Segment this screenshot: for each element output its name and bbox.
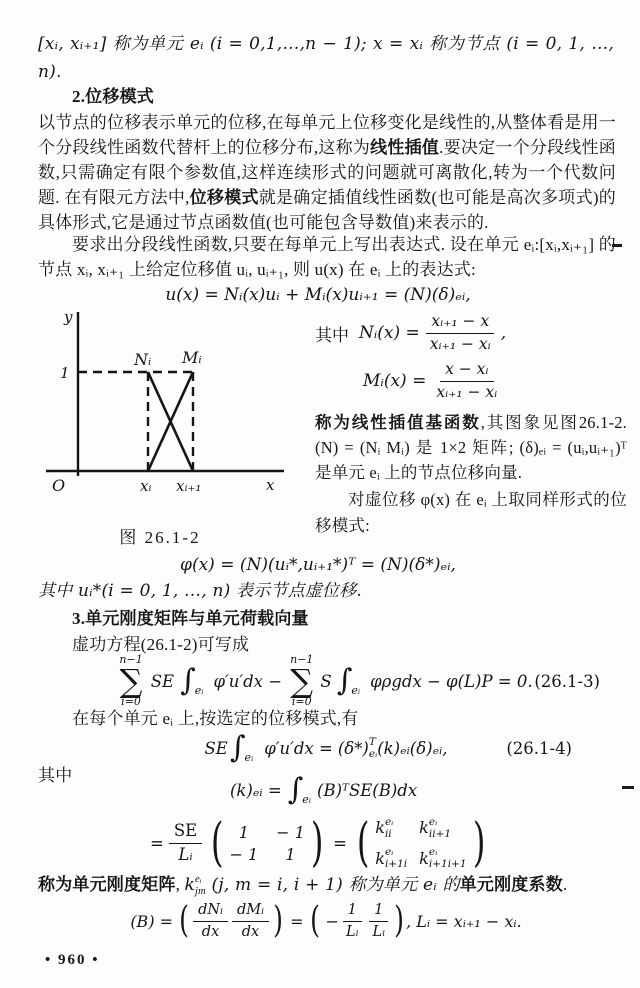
- lhs-integrand: φ′u′dx =: [264, 739, 333, 758]
- matrix-cell-k22: keᵢi+1i+1: [419, 846, 466, 870]
- S-term: S: [320, 672, 331, 691]
- SE-over-Li-fraction: SE Lᵢ: [169, 821, 202, 865]
- paragraph-virtual-displacement: 对虚位移 φ(x) 在 eᵢ 上取同样形式的位移模式:: [315, 487, 627, 539]
- equals: =: [150, 834, 164, 853]
- bold-term-stiffness-matrix: 称为单元刚度矩阵: [38, 875, 176, 894]
- fraction-numerator: SE: [169, 821, 202, 844]
- Ni-lhs: Nᵢ(x) =: [359, 323, 420, 343]
- integral-2: ∫ eᵢ: [337, 666, 364, 696]
- k-sup: eᵢ: [195, 874, 206, 886]
- one-over-Li-fraction-2: 1 Lᵢ: [367, 901, 390, 940]
- delta-star: (δ*): [338, 739, 369, 758]
- matrix-cell: 1: [276, 845, 305, 864]
- equation-tag: (26.1-4): [506, 739, 572, 758]
- matrix-cell-k12: keᵢii+1: [419, 816, 466, 840]
- integral: ∫ eᵢ: [288, 775, 315, 805]
- k-sup: eᵢ: [385, 816, 393, 828]
- delta-supsub: T eᵢ: [369, 736, 377, 760]
- paragraph-basis-functions: 称为线性插值基函数,其图象见图26.1-2. (N) = (Nᵢ Mᵢ) 是 1…: [315, 410, 627, 485]
- left-paren: (: [311, 905, 321, 937]
- fraction-numerator: 1: [343, 901, 362, 921]
- integral-icon: ∫: [230, 733, 246, 763]
- dNi-dx-fraction: dNᵢ dx: [193, 901, 228, 940]
- tick-label-1: 1: [60, 364, 70, 382]
- y-axis-label: y: [63, 308, 73, 326]
- minus-sign: −: [326, 912, 339, 931]
- integrand-2: φρgdx − φ(L)P = 0.: [370, 672, 533, 691]
- comma: ,: [501, 323, 506, 343]
- equation-ux: u(x) = Nᵢ(x)uᵢ + Mᵢ(x)uᵢ₊₁ = (N)(δ)ₑᵢ,: [38, 282, 598, 308]
- Ni-fraction: xᵢ₊₁ − x xᵢ₊₁ − xᵢ: [425, 312, 496, 354]
- fraction-numerator: dNᵢ: [193, 901, 228, 921]
- integral-subscript: eᵢ: [195, 684, 204, 697]
- right-paren: ): [472, 821, 485, 865]
- right-paren: ): [273, 905, 283, 937]
- fraction-denominator: Lᵢ: [367, 922, 390, 941]
- paragraph-text: [xᵢ, xᵢ₊₁] 称为单元 eᵢ (i = 0,1,…,n − 1); x …: [38, 34, 614, 82]
- sum-icon: ∑: [120, 666, 143, 696]
- left-paren: (: [211, 821, 224, 865]
- right-paren: ): [311, 821, 324, 865]
- integral: ∫ eᵢ: [230, 733, 257, 763]
- matrix-cell: − 1: [276, 823, 305, 842]
- xi-label: xᵢ: [140, 477, 151, 495]
- paragraph-expression-setup: 要求出分段线性函数,只要在每单元上写出表达式. 设在单元 eᵢ:[xᵢ,xᵢ₊₁…: [38, 232, 616, 282]
- k-base: k: [375, 849, 385, 868]
- right-column: 其中 Nᵢ(x) = xᵢ₊₁ − x xᵢ₊₁ − xᵢ , Mᵢ(x) = …: [315, 312, 627, 539]
- Ni-denominator: xᵢ₊₁ − xᵢ: [425, 334, 496, 354]
- equals: =: [290, 912, 303, 931]
- qizhong-label-2: 其中: [38, 763, 98, 788]
- superscript-T: T: [369, 736, 377, 748]
- k-sub: jm: [195, 886, 206, 898]
- section-heading-stiffness-matrix: 3.单元刚度矩阵与单元荷载向量: [72, 606, 472, 631]
- k-sub: i+1i+1: [429, 858, 467, 870]
- xi1-label: xᵢ₊₁: [176, 477, 201, 495]
- origin-label: O: [52, 476, 65, 495]
- dMi-dx-fraction: dMᵢ dx: [232, 901, 269, 940]
- paragraph-stiffness-coefficient: 称为单元刚度矩阵, keᵢjm (j, m = i, i + 1) 称为单元 e…: [38, 872, 616, 898]
- SE-term: SE: [204, 739, 227, 758]
- fraction-denominator: Lᵢ: [341, 922, 364, 941]
- formula-Ni: 其中 Nᵢ(x) = xᵢ₊₁ − x xᵢ₊₁ − xᵢ ,: [315, 312, 627, 354]
- integral-subscript: eᵢ: [302, 793, 311, 806]
- fraction-denominator: dx: [237, 922, 264, 941]
- matrix-cell: 1: [229, 823, 258, 842]
- equation-k-integral: (k)ₑᵢ = ∫ eᵢ (B)ᵀSE(B)dx: [230, 770, 490, 810]
- figure-plot: y 1 Nᵢ Mᵢ O xᵢ xᵢ₊₁ x: [40, 308, 310, 508]
- integral-1: ∫ eᵢ: [180, 666, 207, 696]
- matrix-cell-k21: keᵢi+1i: [375, 846, 407, 870]
- equation-tag: (26.1-3): [534, 672, 600, 691]
- x-axis-end-label: x: [266, 476, 275, 494]
- section-heading-displacement-mode: 2.位移模式: [72, 84, 372, 109]
- fraction-denominator: dx: [197, 922, 224, 941]
- sum-icon: ∑: [290, 666, 313, 696]
- equation-B-matrix: (B) = ( dNᵢ dx dMᵢ dx ) = ( − 1 Lᵢ 1 Lᵢ …: [38, 898, 614, 944]
- Mi-lhs: Mᵢ(x) =: [363, 371, 426, 391]
- paragraph-text: 其中 uᵢ*(i = 0, 1, …, n) 表示节点虚位移.: [38, 581, 362, 601]
- paragraph-displacement-description: 以节点的位移表示单元的位移,在每单元上位移变化是线性的,从整体看是用一个分段线性…: [38, 110, 616, 235]
- paragraph-segment: ,: [176, 875, 185, 894]
- equation-phi: φ(x) = (N)(uᵢ*,uᵢ₊₁*)ᵀ = (N)(δ*)ₑᵢ,: [38, 552, 598, 578]
- summation-1: n−1 ∑ i=0: [119, 654, 142, 709]
- scanned-textbook-page: [xᵢ, xᵢ₊₁] 称为单元 eᵢ (i = 0,1,…,n − 1); x …: [0, 0, 640, 988]
- k-sup: eᵢ: [429, 816, 451, 828]
- integral-subscript: eᵢ: [351, 684, 360, 697]
- k-sub: ii+1: [429, 828, 451, 840]
- integral-icon: ∫: [288, 775, 304, 805]
- page-number: • 960 •: [45, 952, 100, 969]
- left-paren: (: [357, 821, 370, 865]
- bold-term-stiffness-coefficient: 单元刚度系数: [460, 875, 563, 894]
- figure-basis-functions: y 1 Nᵢ Mᵢ O xᵢ xᵢ₊₁ x: [40, 308, 310, 508]
- paragraph-virtual-node: 其中 uᵢ*(i = 0, 1, …, n) 表示节点虚位移.: [38, 578, 598, 604]
- integral-icon: ∫: [337, 666, 353, 696]
- bold-term-displacement-mode: 位移模式: [190, 188, 259, 207]
- Li-definition: , Lᵢ = xᵢ₊₁ − xᵢ.: [406, 912, 522, 931]
- Mi-label: Mᵢ: [181, 348, 202, 367]
- k-lhs: (k)ₑᵢ =: [230, 781, 282, 800]
- k-base: k: [419, 849, 429, 868]
- equals: =: [333, 834, 347, 853]
- integrand-1: φ′u′dx −: [213, 672, 282, 691]
- Ni-label: Nᵢ: [133, 350, 151, 369]
- bold-term-basis-functions: 称为线性插值基函数: [315, 413, 481, 432]
- k-supsub: eᵢjm: [195, 874, 206, 898]
- qizhong-label: 其中: [315, 321, 349, 346]
- matrix-k: keᵢii keᵢii+1 keᵢi+1i keᵢi+1i+1: [375, 816, 466, 870]
- paragraph-segment: (j, m = i, i + 1) 称为单元 eᵢ 的: [206, 875, 460, 895]
- B-lhs: (B) =: [130, 912, 173, 931]
- Mi-numerator: x − xᵢ: [440, 360, 493, 381]
- k-sub: i+1i: [385, 858, 407, 870]
- Ni-numerator: xᵢ₊₁ − x: [426, 312, 494, 333]
- k-base: k: [185, 875, 196, 895]
- fraction-denominator: Lᵢ: [173, 844, 197, 866]
- paragraph-element-node-def: [xᵢ, xᵢ₊₁] 称为单元 eᵢ (i = 0,1,…,n − 1); x …: [38, 30, 614, 86]
- equation-stiffness-matrix: = SE Lᵢ ( 1 − 1 − 1 1 ) = ( keᵢii keᵢii+…: [150, 812, 510, 874]
- equation-26-1-3: n−1 ∑ i=0 SE ∫ eᵢ φ′u′dx − n−1 ∑ i=0 S ∫…: [38, 652, 614, 710]
- subscript-ei: eᵢ: [369, 748, 377, 760]
- k-base: k: [375, 818, 385, 837]
- matrix-cell-k11: keᵢii: [375, 816, 407, 840]
- k-sup: eᵢ: [385, 846, 407, 858]
- integral-icon: ∫: [180, 666, 196, 696]
- bold-term-linear-interpolation: 线性插值: [370, 138, 439, 157]
- right-paren: ): [394, 905, 404, 937]
- k-base: k: [419, 818, 429, 837]
- rhs-terms: (k)ₑᵢ(δ)ₑᵢ,: [377, 739, 447, 758]
- left-paren: (: [179, 905, 189, 937]
- summation-2: n−1 ∑ i=0: [290, 654, 313, 709]
- integral-subscript: eᵢ: [244, 751, 253, 764]
- equation-26-1-4: SE ∫ eᵢ φ′u′dx = (δ*) T eᵢ (k)ₑᵢ(δ)ₑᵢ, (…: [38, 728, 614, 768]
- k-rhs: (B)ᵀSE(B)dx: [317, 781, 417, 800]
- scan-artifact: [612, 244, 622, 247]
- fraction-numerator: dMᵢ: [232, 901, 269, 921]
- Mi-denominator: xᵢ₊₁ − xᵢ: [431, 382, 502, 402]
- k-sup: eᵢ: [429, 846, 467, 858]
- fraction-numerator: 1: [369, 901, 388, 921]
- matrix-cell: − 1: [229, 845, 258, 864]
- matrix-1-1: 1 − 1 − 1 1: [229, 823, 304, 864]
- scan-artifact: [622, 786, 634, 789]
- k-sub: ii: [385, 828, 393, 840]
- Mi-fraction: x − xᵢ xᵢ₊₁ − xᵢ: [431, 360, 502, 402]
- formula-Mi: Mᵢ(x) = x − xᵢ xᵢ₊₁ − xᵢ: [315, 358, 627, 404]
- SE-term: SE: [151, 672, 174, 691]
- figure-caption: 图 26.1-2: [30, 523, 290, 548]
- one-over-Li-fraction: 1 Lᵢ: [341, 901, 364, 940]
- paragraph-segment: .: [563, 875, 567, 894]
